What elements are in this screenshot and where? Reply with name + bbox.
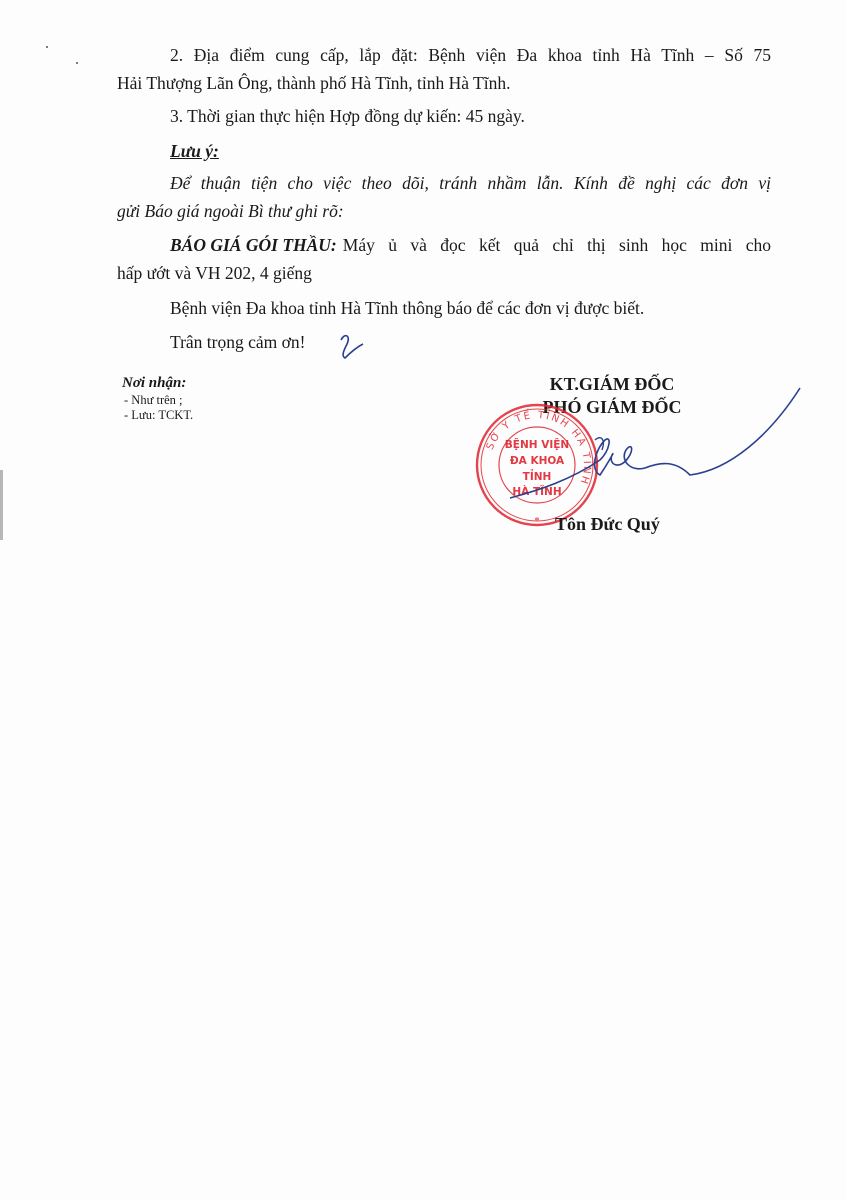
- scan-edge-mark: [0, 470, 3, 540]
- recipients-heading: Nơi nhận:: [122, 372, 186, 394]
- package-line-1: BÁO GIÁ GÓI THẦU: Máy ủ và đọc kết quả c…: [170, 234, 771, 256]
- item-2-line-1: 2. Địa điểm cung cấp, lắp đặt: Bệnh viện…: [170, 44, 771, 66]
- recipient-item: - Như trên ;: [124, 393, 183, 408]
- document-page: 2. Địa điểm cung cấp, lắp đặt: Bệnh viện…: [0, 0, 847, 1200]
- item-2-line-2: Hải Thượng Lãn Ông, thành phố Hà Tĩnh, t…: [117, 72, 511, 94]
- stamp-star-icon: *: [535, 516, 540, 527]
- scan-speck: [46, 46, 48, 48]
- note-heading: Lưu ý:: [170, 140, 219, 162]
- notice: Bệnh viện Đa khoa tỉnh Hà Tĩnh thông báo…: [170, 297, 644, 319]
- recipient-item: - Lưu: TCKT.: [124, 408, 193, 423]
- scan-speck: [76, 62, 78, 64]
- package-line-2: hấp ướt và VH 202, 4 giếng: [117, 262, 312, 284]
- handwritten-signature: [500, 380, 810, 510]
- initials-mark: [335, 332, 365, 364]
- signer-name: Tôn Đức Quý: [555, 513, 660, 535]
- note-line-2: gửi Báo giá ngoài Bì thư ghi rõ:: [117, 200, 344, 222]
- package-label: BÁO GIÁ GÓI THẦU:: [170, 234, 337, 256]
- item-3: 3. Thời gian thực hiện Hợp đồng dự kiến:…: [170, 105, 525, 127]
- package-description: Máy ủ và đọc kết quả chỉ thị sinh học mi…: [343, 234, 771, 256]
- thanks: Trân trọng cảm ơn!: [170, 331, 305, 353]
- note-line-1: Để thuận tiện cho việc theo dõi, tránh n…: [170, 172, 771, 194]
